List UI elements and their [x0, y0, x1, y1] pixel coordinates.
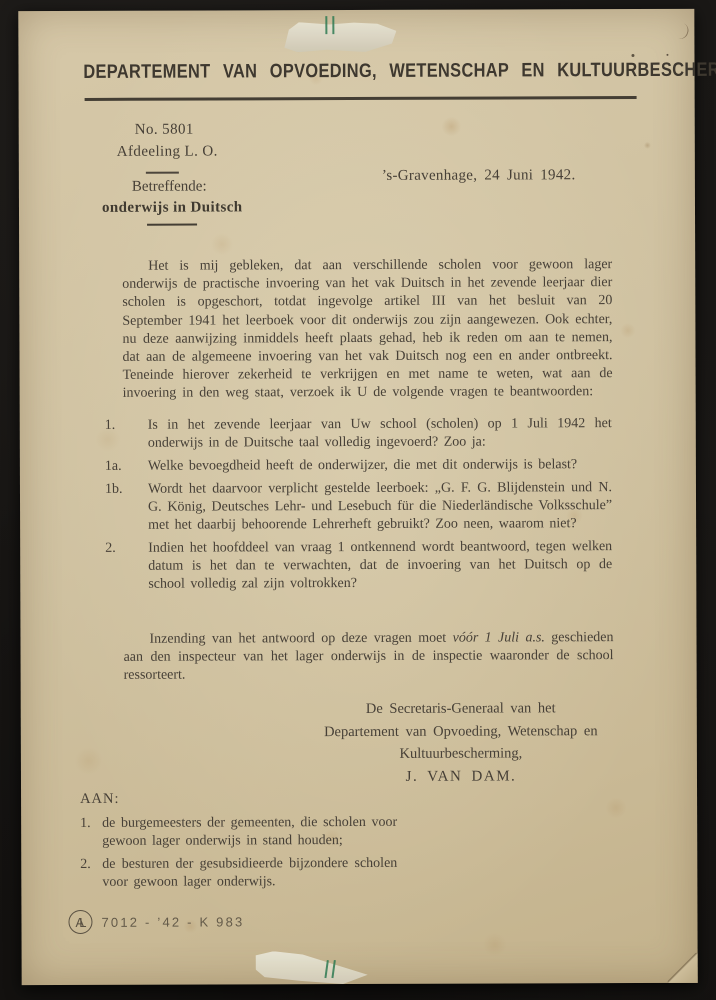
- distribution-text: de besturen der gesubsidieerde bijzonder…: [102, 855, 397, 891]
- corner-fold: [668, 953, 698, 983]
- distribution-number: 1.: [80, 815, 102, 850]
- distribution-item: 2. de besturen der gesubsidieerde bijzon…: [80, 855, 410, 891]
- closing-paragraph: Inzending van het antwoord op deze vrage…: [123, 629, 613, 685]
- distribution-label: AAN:: [80, 790, 410, 808]
- subject-line: onderwijs in Duitsch: [102, 199, 243, 216]
- ink-speck: [666, 54, 668, 56]
- question-number: 2.: [105, 540, 148, 594]
- letter-paper: DEPARTEMENT VAN OPVOEDING, WETENSCHAP EN…: [18, 9, 697, 985]
- department-section: Afdeeling L. O.: [117, 143, 218, 160]
- question-number: 1a.: [105, 458, 148, 476]
- pen-squiggle: [671, 21, 691, 41]
- distribution-item: 1. de burgemeesters der gemeenten, die s…: [80, 814, 410, 850]
- question-text: Wordt het daarvoor verplicht gestelde le…: [148, 479, 612, 535]
- question-item: 1. Is in het zevende leerjaar van Uw sch…: [105, 415, 612, 453]
- department-header: DEPARTEMENT VAN OPVOEDING, WETENSCHAP EN…: [18, 59, 694, 84]
- printer-code: 7012 - ’42 - K 983: [101, 914, 244, 929]
- tape-green-mark: [332, 16, 334, 34]
- signature-line: De Secretaris-Generaal van het: [261, 697, 661, 721]
- signatory-name: J. VAN DAM.: [261, 764, 661, 788]
- monogram-letters: AL: [76, 914, 82, 929]
- signature-block: De Secretaris-Generaal van het Departeme…: [261, 697, 661, 788]
- subject-label: Betreffende:: [132, 179, 207, 196]
- reference-number: No. 5801: [135, 122, 194, 139]
- intro-paragraph: Het is mij gebleken, dat aan verschillen…: [122, 256, 613, 403]
- question-list: 1. Is in het zevende leerjaar van Uw sch…: [105, 415, 613, 599]
- closing-text-pre: Inzending van het antwoord op deze vrage…: [149, 631, 452, 647]
- question-number: 1.: [105, 417, 148, 453]
- subject-rule: [147, 224, 197, 226]
- question-item: 1b. Wordt het daarvoor verplicht gesteld…: [105, 479, 612, 535]
- question-item: 2. Indien het hoofddeel van vraag 1 ontk…: [105, 538, 612, 594]
- signature-line: Kultuurbescherming,: [261, 742, 661, 766]
- signature-line: Departement van Opvoeding, Wetenschap en: [261, 719, 661, 743]
- dateline: ’s-Gravenhage, 24 Juni 1942.: [382, 167, 576, 185]
- question-item: 1a. Welke bevoegdheid heeft de onderwijz…: [105, 456, 612, 476]
- closing-text-deadline: vóór 1 Juli a.s.: [453, 630, 545, 645]
- ink-speck: [631, 54, 634, 57]
- distribution-list: AAN: 1. de burgemeesters der gemeenten, …: [80, 790, 410, 897]
- tape-remnant-bottom: [256, 951, 368, 984]
- printer-monogram-icon: AL: [68, 910, 92, 934]
- section-rule: [146, 172, 179, 174]
- department-header-text: DEPARTEMENT VAN OPVOEDING, WETENSCHAP EN…: [83, 59, 716, 84]
- header-rule: [85, 96, 637, 100]
- question-text: Indien het hoofddeel van vraag 1 ontkenn…: [148, 538, 612, 594]
- tape-green-mark: [325, 16, 327, 34]
- printer-mark: AL 7012 - ’42 - K 983: [68, 909, 244, 934]
- question-text: Is in het zevende leerjaar van Uw school…: [148, 415, 612, 453]
- question-text: Welke bevoegdheid heeft de onderwijzer, …: [148, 456, 612, 476]
- question-number: 1b.: [105, 481, 148, 535]
- distribution-text: de burgemeesters der gemeenten, die scho…: [102, 814, 397, 850]
- distribution-number: 2.: [80, 856, 102, 891]
- tape-remnant-top: [284, 22, 396, 52]
